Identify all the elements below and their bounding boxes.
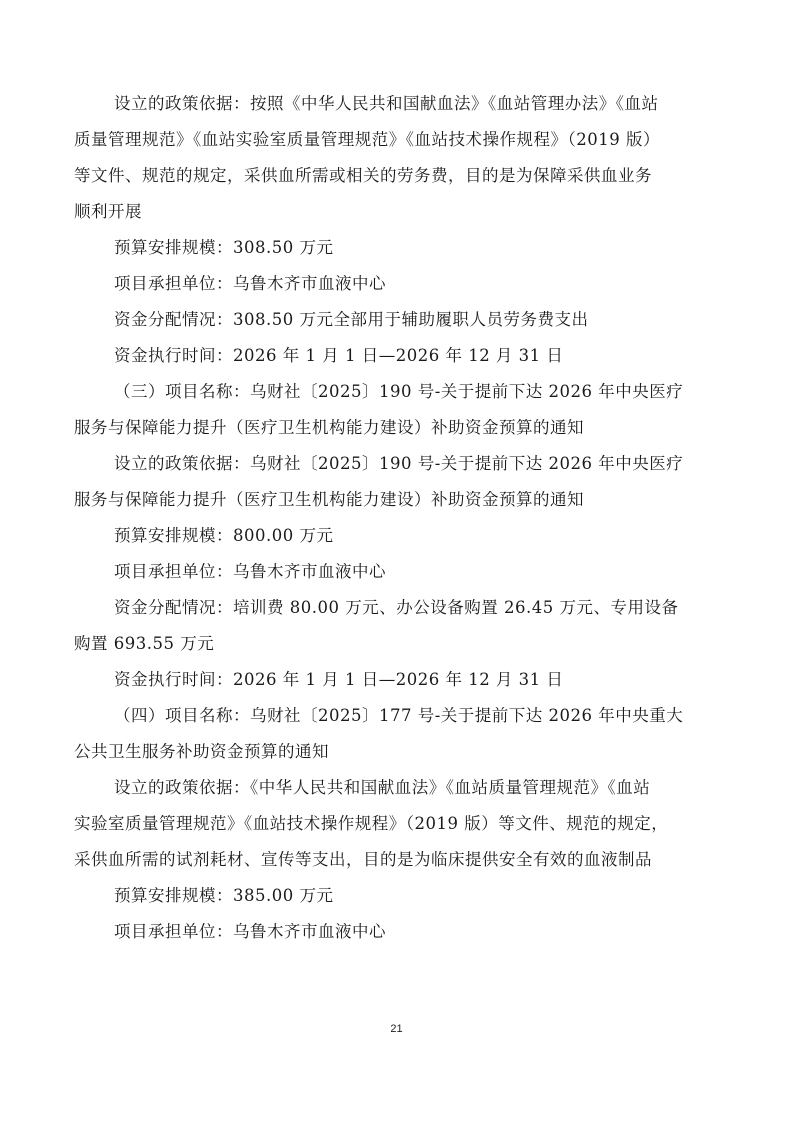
budget-scale: 预算安排规模：800.00 万元 [74, 518, 714, 554]
responsible-unit: 项目承担单位：乌鲁木齐市血液中心 [74, 554, 714, 590]
policy-basis-line: 等文件、规范的规定，采供血所需或相关的劳务费，目的是为保障采供血业务 [74, 158, 714, 194]
policy-basis-line: 顺利开展 [74, 194, 714, 230]
document-body: 设立的政策依据：按照《中华人民共和国献血法》《血站管理办法》《血站 质量管理规范… [74, 86, 714, 950]
budget-scale: 预算安排规模：385.00 万元 [74, 878, 714, 914]
policy-basis-line: 采供血所需的试剂耗材、宣传等支出，目的是为临床提供安全有效的血液制品 [74, 842, 714, 878]
budget-scale: 预算安排规模：308.50 万元 [74, 230, 714, 266]
page-number: 21 [0, 1023, 793, 1035]
project-title-4: 公共卫生服务补助资金预算的通知 [74, 734, 714, 770]
fund-allocation: 资金分配情况：308.50 万元全部用于辅助履职人员劳务费支出 [74, 302, 714, 338]
project-title-4: （四）项目名称：乌财社〔2025〕177 号-关于提前下达 2026 年中央重大 [74, 698, 714, 734]
policy-basis-line: 服务与保障能力提升（医疗卫生机构能力建设）补助资金预算的通知 [74, 482, 714, 518]
policy-basis-line: 质量管理规范》《血站实验室质量管理规范》《血站技术操作规程》（2019 版） [74, 122, 714, 158]
policy-basis-line: 设立的政策依据：按照《中华人民共和国献血法》《血站管理办法》《血站 [74, 86, 714, 122]
document-page: 设立的政策依据：按照《中华人民共和国献血法》《血站管理办法》《血站 质量管理规范… [0, 0, 793, 1122]
execution-period: 资金执行时间：2026 年 1 月 1 日—2026 年 12 月 31 日 [74, 338, 714, 374]
responsible-unit: 项目承担单位：乌鲁木齐市血液中心 [74, 266, 714, 302]
responsible-unit: 项目承担单位：乌鲁木齐市血液中心 [74, 914, 714, 950]
fund-allocation: 购置 693.55 万元 [74, 626, 714, 662]
execution-period: 资金执行时间：2026 年 1 月 1 日—2026 年 12 月 31 日 [74, 662, 714, 698]
project-title-3: 服务与保障能力提升（医疗卫生机构能力建设）补助资金预算的通知 [74, 410, 714, 446]
policy-basis-line: 实验室质量管理规范》《血站技术操作规程》（2019 版）等文件、规范的规定， [74, 806, 714, 842]
project-title-3: （三）项目名称：乌财社〔2025〕190 号-关于提前下达 2026 年中央医疗 [74, 374, 714, 410]
policy-basis-line: 设立的政策依据：乌财社〔2025〕190 号-关于提前下达 2026 年中央医疗 [74, 446, 714, 482]
policy-basis-line: 设立的政策依据：《中华人民共和国献血法》《血站质量管理规范》《血站 [74, 770, 714, 806]
fund-allocation: 资金分配情况：培训费 80.00 万元、办公设备购置 26.45 万元、专用设备 [74, 590, 714, 626]
